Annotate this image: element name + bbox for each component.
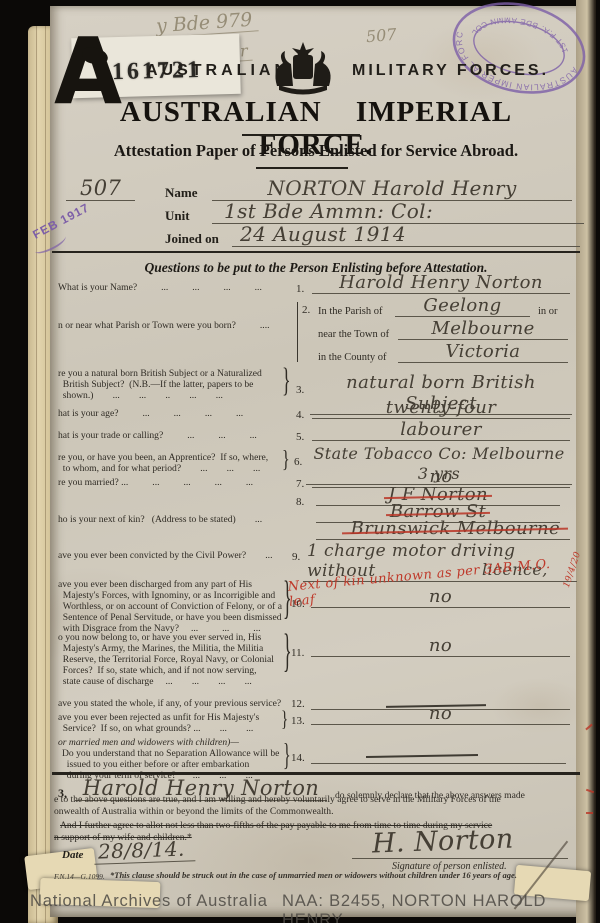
parish-value: Geelong	[395, 295, 530, 317]
question-14-brace: }	[283, 739, 291, 775]
page-subtitle: Attestation Paper of Persons Enlisted fo…	[52, 141, 580, 161]
town-handwritten: Melbourne	[431, 318, 534, 339]
answer-13-handwritten: no	[429, 703, 452, 724]
footnote: *This clause should be struck out in the…	[110, 870, 517, 880]
question-14-note: or married men and widowers with childre…	[58, 737, 294, 748]
watermark-archives: National Archives of Australia	[30, 892, 268, 911]
question-12-number: 12.	[291, 698, 305, 710]
declaration-rule	[52, 772, 580, 775]
joined-field-label: Joined on	[165, 231, 219, 247]
county-handwritten: Victoria	[446, 341, 521, 362]
question-13-brace: }	[281, 708, 288, 734]
unit-field-label: Unit	[165, 208, 190, 224]
answer-8-suburb: Brunswick Melbourne	[351, 518, 560, 539]
answer-11-handwritten: no	[429, 635, 452, 656]
declaration-line2: e to the above questions are true, and I…	[54, 794, 501, 805]
answer-4: twenty-four	[312, 397, 570, 419]
fold-line	[36, 26, 37, 923]
answer-4-handwritten: twenty-four	[386, 397, 496, 418]
name-field-value: NORTON Harold Henry	[212, 176, 572, 201]
answer-10: no	[311, 586, 570, 608]
section-rule	[52, 251, 580, 253]
answer-1: Harold Henry Norton	[312, 272, 570, 294]
coat-of-arms-icon	[262, 40, 344, 101]
signature-handwritten: H. Norton	[372, 824, 515, 860]
red-margin-mark	[586, 812, 593, 814]
form-code: F.N.14—G.1099.	[54, 872, 105, 881]
joined-handwritten: 24 August 1914	[240, 222, 406, 246]
question-11-number: 11.	[291, 647, 304, 659]
question-7-number: 7.	[296, 478, 304, 490]
town-label: near the Town of	[318, 329, 389, 340]
title-rule	[242, 134, 360, 136]
answer-14-line	[311, 763, 566, 764]
answer-8-line3: Brunswick Melbourne	[316, 518, 570, 540]
answer-13: no	[311, 703, 570, 725]
question-9-number: 9.	[292, 551, 300, 563]
question-13: ave you ever been rejected as unfit for …	[58, 712, 294, 734]
pencil-service-number: 507	[365, 25, 397, 47]
question-9: ave you ever been convicted by the Civil…	[58, 550, 294, 561]
question-3-brace: }	[282, 361, 291, 401]
regimental-number-handwritten: 507	[66, 176, 135, 201]
question-8-number: 8.	[296, 496, 304, 508]
question-4: hat is your age? ... ... ... ...	[58, 408, 294, 419]
date-label: Date	[62, 849, 83, 861]
question-10-number: 10.	[291, 598, 305, 610]
signature-line	[352, 858, 568, 859]
fold-line	[45, 26, 46, 923]
question-8: ho is your next of kin? (Address to be s…	[58, 514, 294, 525]
watermark-reference: NAA: B2455, NORTON HAROLD HENRY	[282, 892, 600, 923]
question-7: re you married? ... ... ... ... ...	[58, 477, 294, 488]
parish-label: In the Parish of	[318, 306, 382, 317]
parish-suffix: in or	[538, 306, 558, 317]
date-handwritten: 28/8/14.	[94, 836, 195, 864]
answer-11: no	[311, 635, 570, 657]
subtitle-rule	[256, 167, 348, 169]
unit-handwritten: 1st Bde Ammn: Col:	[224, 199, 433, 223]
parish-handwritten: Geelong	[423, 295, 501, 316]
question-6-brace: }	[282, 448, 290, 475]
question-12: ave you stated the whole, if any, of you…	[58, 698, 294, 709]
answer-5-handwritten: labourer	[400, 419, 482, 440]
question-6: re you, or have you been, an Apprentice?…	[58, 452, 294, 474]
town-value: Melbourne	[398, 318, 568, 340]
question-2-bracket	[297, 302, 298, 362]
question-5-number: 5.	[296, 431, 304, 443]
question-6-number: 6.	[294, 456, 302, 468]
question-14-number: 14.	[291, 752, 305, 764]
declaration-line3: onwealth of Australia within or beyond t…	[54, 806, 334, 817]
forces-heading-right: MILITARY FORCES.	[352, 62, 549, 80]
question-4-number: 4.	[296, 409, 304, 421]
question-13-number: 13.	[291, 715, 305, 727]
answer-5: labourer	[312, 419, 570, 441]
county-label: in the County of	[318, 352, 387, 363]
question-11: o you now belong to, or have you ever se…	[58, 632, 294, 687]
stamp-text-bottom: 1ST F.A. BDE AMMN COL	[469, 6, 575, 58]
scanned-attestation-paper: y Bde 979 Gnr 507 AUSTRALIAN IMPERIAL FO…	[0, 0, 600, 923]
answer-10-handwritten: no	[429, 586, 452, 607]
question-5: hat is your trade or calling? ... ... ..…	[58, 430, 294, 441]
question-2: n or near what Parish or Town were you b…	[58, 320, 294, 331]
question-2-number: 2.	[302, 304, 310, 316]
unit-field-value: 1st Bde Ammn: Col:	[212, 199, 584, 224]
county-value: Victoria	[398, 341, 568, 363]
svg-text:1ST F.A. BDE AMMN COL: 1ST F.A. BDE AMMN COL	[469, 6, 575, 58]
name-field-label: Name	[165, 185, 198, 201]
question-1: What is your Name? ... ... ... ...	[58, 282, 294, 293]
question-10: ave you ever been discharged from any pa…	[58, 579, 294, 634]
question-1-number: 1.	[296, 283, 304, 295]
answer-1-handwritten: Harold Henry Norton	[339, 272, 543, 293]
question-3: re you a natural born British Subject or…	[58, 368, 294, 401]
question-3-number: 3.	[296, 384, 304, 396]
joined-field-value: 24 August 1914	[232, 222, 580, 247]
name-handwritten: NORTON Harold Henry	[267, 176, 516, 200]
